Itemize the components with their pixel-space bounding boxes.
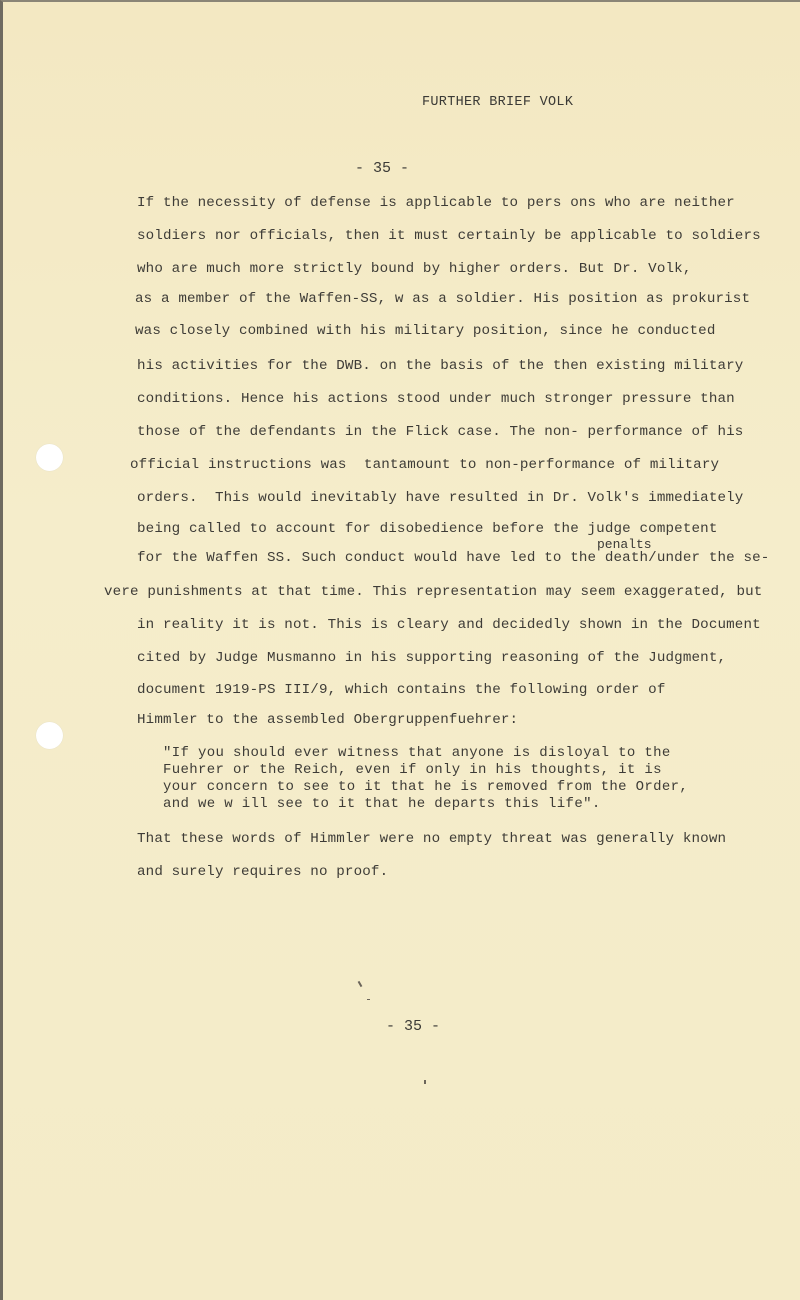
- ink-mark: [358, 981, 363, 987]
- document-header: FURTHER BRIEF VOLK: [422, 95, 573, 110]
- closing-line: That these words of Himmler were no empt…: [137, 831, 726, 847]
- body-line: who are much more strictly bound by high…: [137, 261, 692, 277]
- body-line: was closely combined with his military p…: [135, 323, 715, 339]
- body-line: Himmler to the assembled Obergruppenfueh…: [137, 712, 518, 728]
- body-line: his activities for the DWB. on the basis…: [137, 358, 743, 374]
- punch-hole-bottom: [36, 722, 63, 749]
- body-line: orders. This would inevitably have resul…: [137, 490, 743, 506]
- closing-line: and surely requires no proof.: [137, 864, 388, 880]
- quote-line: and we w ill see to it that he departs t…: [163, 796, 601, 812]
- ink-mark: [367, 999, 370, 1000]
- quote-line: your concern to see to it that he is rem…: [163, 779, 688, 795]
- body-line: If the necessity of defense is applicabl…: [137, 195, 735, 211]
- body-line: official instructions was tantamount to …: [130, 457, 719, 473]
- body-line: in reality it is not. This is cleary and…: [137, 617, 761, 633]
- body-line: for the Waffen SS. Such conduct would ha…: [137, 550, 769, 566]
- body-line: conditions. Hence his actions stood unde…: [137, 391, 735, 407]
- page-number-top: - 35 -: [355, 160, 409, 177]
- body-line: vere punishments at that time. This repr…: [104, 584, 762, 600]
- body-line: soldiers nor officials, then it must cer…: [137, 228, 761, 244]
- page-number-bottom: - 35 -: [386, 1018, 440, 1035]
- punch-hole-top: [36, 444, 63, 471]
- document-page: FURTHER BRIEF VOLK - 35 - If the necessi…: [0, 0, 800, 1300]
- body-line: document 1919-PS III/9, which contains t…: [137, 682, 666, 698]
- body-line: cited by Judge Musmanno in his supportin…: [137, 650, 726, 666]
- body-line: being called to account for disobedience…: [137, 521, 717, 537]
- quote-line: Fuehrer or the Reich, even if only in hi…: [163, 762, 662, 778]
- ink-mark: [424, 1080, 426, 1084]
- quote-line: "If you should ever witness that anyone …: [163, 745, 671, 761]
- body-line: as a member of the Waffen-SS, w as a sol…: [135, 291, 750, 307]
- body-line: those of the defendants in the Flick cas…: [137, 424, 743, 440]
